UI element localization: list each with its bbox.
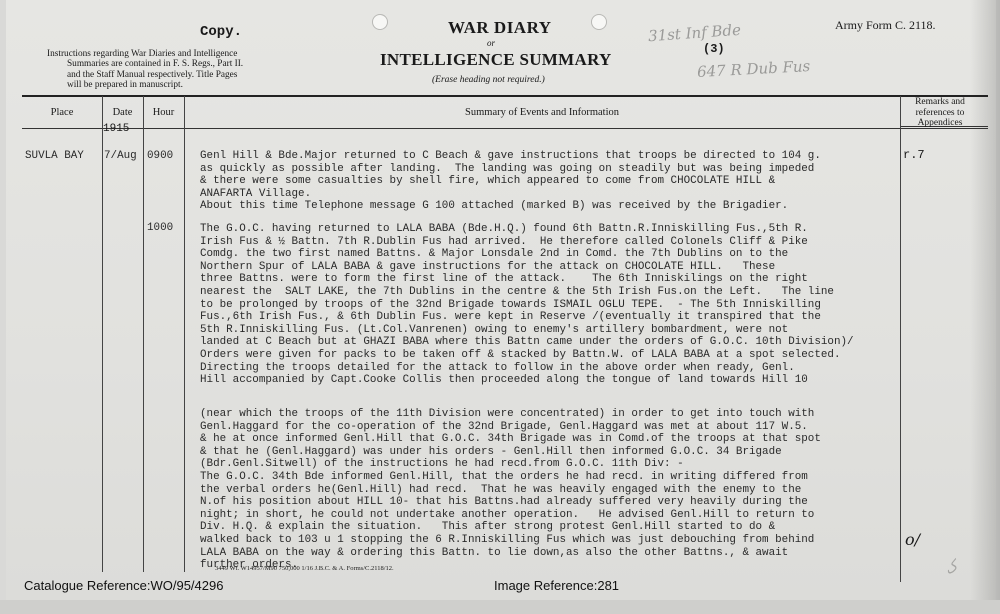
column-header-hour: Hour bbox=[143, 107, 184, 118]
column-divider bbox=[184, 96, 185, 572]
title-intelligence-summary: INTELLIGENCE SUMMARY bbox=[380, 50, 612, 70]
title-or: or bbox=[487, 38, 495, 48]
image-reference: Image Reference:281 bbox=[494, 578, 619, 593]
column-header-summary: Summary of Events and Information bbox=[184, 107, 900, 118]
entry-date: 7/Aug bbox=[104, 150, 137, 163]
army-form-number: Army Form C. 2118. bbox=[835, 18, 936, 33]
column-header-remarks: Remarks and references to Appendices bbox=[905, 97, 975, 129]
erase-heading-note: (Erase heading not required.) bbox=[432, 75, 545, 85]
title-war-diary: WAR DIARY bbox=[448, 18, 552, 38]
column-header-place: Place bbox=[22, 107, 102, 118]
instructions-line: will be prepared in manuscript. bbox=[47, 80, 277, 90]
column-header-rule bbox=[22, 128, 988, 129]
column-divider bbox=[143, 96, 144, 572]
column-header-date: Date bbox=[102, 107, 143, 118]
instructions-line: and the Staff Manual respectively. Title… bbox=[47, 70, 277, 80]
page-edge-shadow bbox=[970, 0, 1000, 614]
column-divider bbox=[900, 96, 901, 582]
header-rule bbox=[22, 95, 988, 97]
catalogue-reference: Catalogue Reference:WO/95/4296 bbox=[24, 578, 223, 593]
entry-remark: o/ bbox=[905, 530, 920, 549]
form-print-line: 3449 Wt. W14957/M90 750,000 1/16 J.B.C. … bbox=[215, 565, 394, 572]
column-divider bbox=[102, 96, 103, 572]
instructions-line: Instructions regarding War Diaries and I… bbox=[47, 49, 277, 59]
page-bottom-edge bbox=[0, 600, 1000, 614]
entry-summary: The G.O.C. having returned to LALA BABA … bbox=[200, 223, 854, 387]
copy-stamp: Copy. bbox=[200, 24, 242, 40]
entry-place: SUVLA BAY bbox=[25, 150, 84, 163]
entry-summary: (near which the troops of the 11th Divis… bbox=[200, 408, 821, 572]
entry-hour: 0900 bbox=[147, 150, 173, 163]
entry-summary: Genl Hill & Bde.Major returned to C Beac… bbox=[200, 150, 821, 213]
page-number: (3) bbox=[703, 42, 725, 56]
punch-hole-left bbox=[372, 14, 388, 30]
entry-remark: r.7 bbox=[903, 148, 925, 162]
entry-hour: 1000 bbox=[147, 222, 173, 235]
instructions-line: Summaries are contained in F. S. Regs., … bbox=[47, 59, 277, 69]
year: 1915 bbox=[103, 123, 129, 135]
punch-hole-right bbox=[591, 14, 607, 30]
instructions-note: Instructions regarding War Diaries and I… bbox=[47, 49, 277, 91]
